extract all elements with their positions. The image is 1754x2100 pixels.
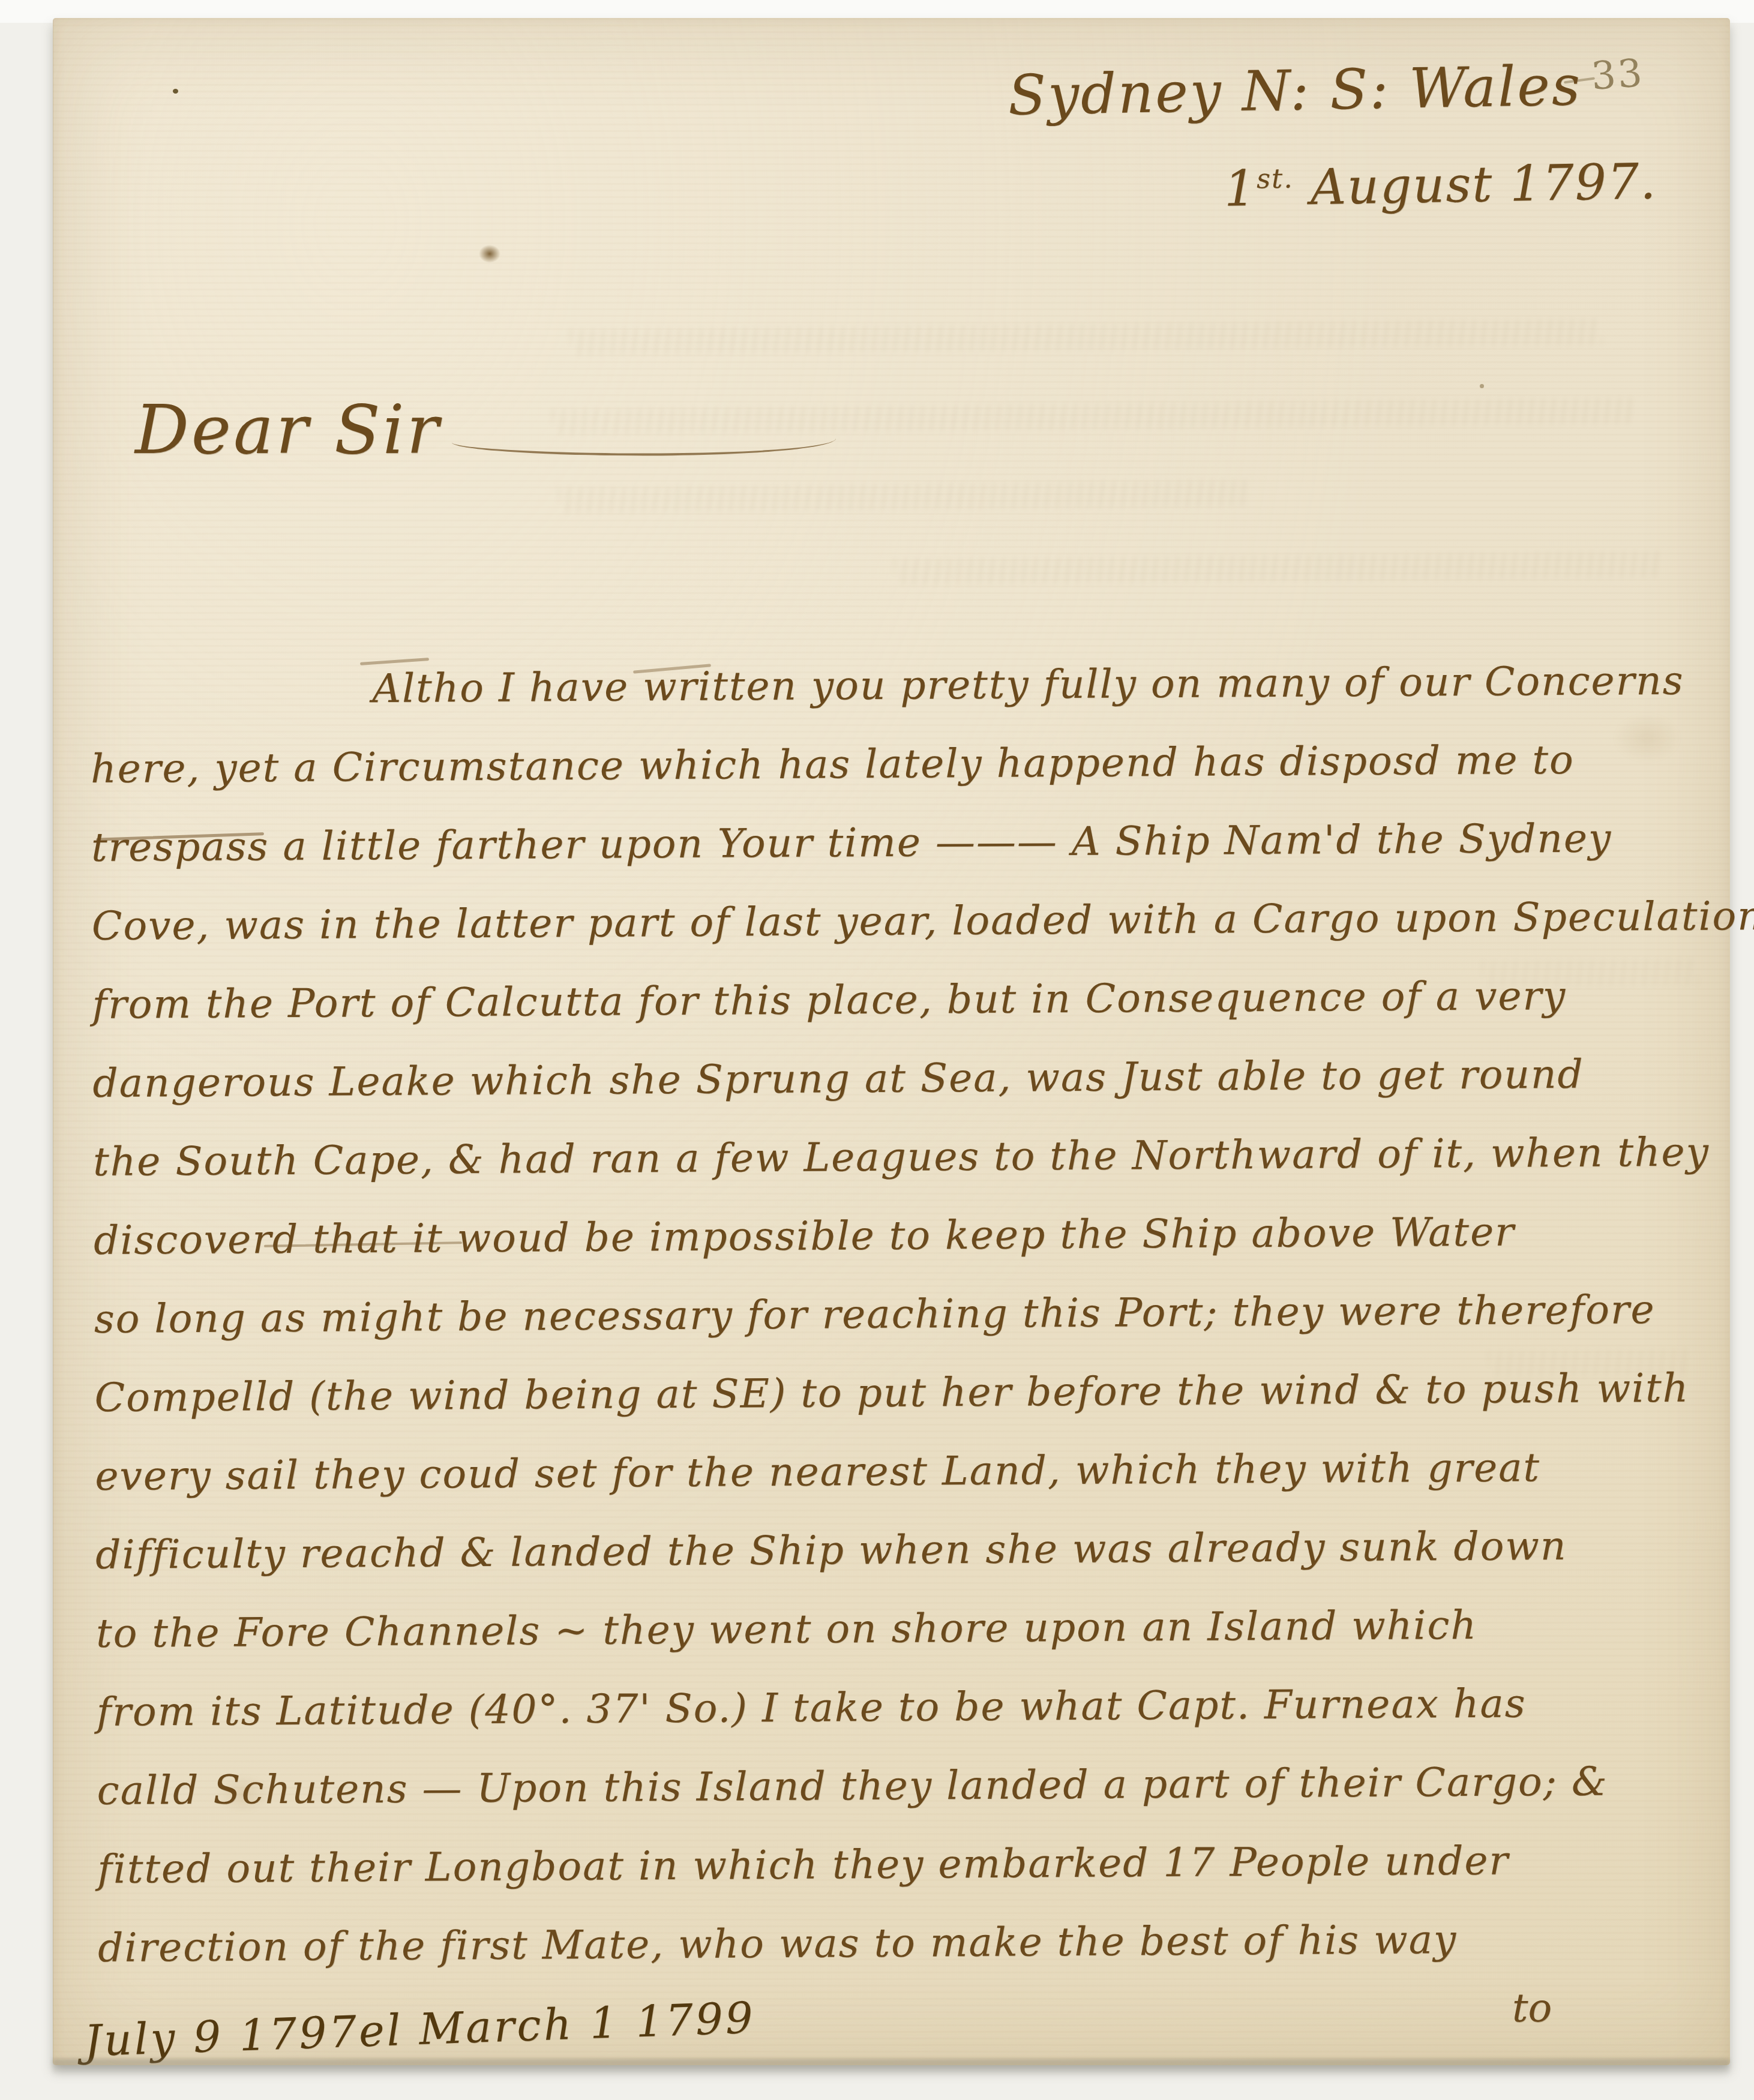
heading-date-ordinal: st. — [1256, 163, 1294, 195]
folio-number: 33 — [1590, 51, 1645, 99]
body-line: dangerous Leake which she Sprung at Sea,… — [92, 1034, 1707, 1123]
heading-date-day: 1 — [1224, 160, 1257, 218]
heading-date-rest: August 1797. — [1293, 153, 1657, 217]
body-line: from the Port of Calcutta for this place… — [92, 956, 1707, 1044]
body-line: to the Fore Channels ~ they went on shor… — [96, 1585, 1711, 1673]
body-line: so long as might be necessary for reachi… — [94, 1270, 1708, 1358]
ink-speck — [173, 89, 178, 94]
ink-blot — [479, 245, 500, 263]
salutation-flourish — [452, 427, 836, 459]
body-line: discoverd that it woud be impossible to … — [94, 1192, 1708, 1280]
body-line: fitted out their Longboat in which they … — [97, 1820, 1712, 1909]
body-line: the South Cape, & had ran a few Leagues … — [93, 1113, 1708, 1201]
heading-place: Sydney N: S: Wales — [1008, 54, 1549, 128]
catchword: to — [1512, 1985, 1552, 2031]
body-line: calld Schutens — Upon this Island they l… — [97, 1742, 1711, 1830]
letter-body: Altho I have written you pretty fully on… — [90, 641, 1713, 1987]
salutation: Dear Sir — [135, 391, 836, 469]
body-line: Compelld (the wind being at SE) to put h… — [94, 1349, 1709, 1437]
body-line: trespass a little farther upon Your time… — [91, 799, 1706, 887]
salutation-text: Dear Sir — [135, 391, 441, 469]
ink-speck — [1480, 384, 1484, 388]
body-line: Altho I have written you pretty fully on… — [90, 641, 1705, 730]
scanned-letter-scene: 33 Sydney N: S: Wales 1st. August 1797. … — [0, 0, 1754, 2100]
body-line: every sail they coud set for the nearest… — [95, 1427, 1710, 1516]
body-line: difficulty reachd & landed the Ship when… — [95, 1506, 1710, 1594]
body-line: from its Latitude (40°. 37' So.) I take … — [96, 1663, 1711, 1751]
body-line: direction of the first Mate, who was to … — [98, 1899, 1713, 1987]
body-line: here, yet a Circumstance which has latel… — [91, 720, 1705, 808]
heading-date: 1st. August 1797. — [1224, 154, 1627, 218]
page-edge-shadow — [53, 2059, 1729, 2075]
body-line: Cove, was in the latter part of last yea… — [91, 877, 1706, 965]
